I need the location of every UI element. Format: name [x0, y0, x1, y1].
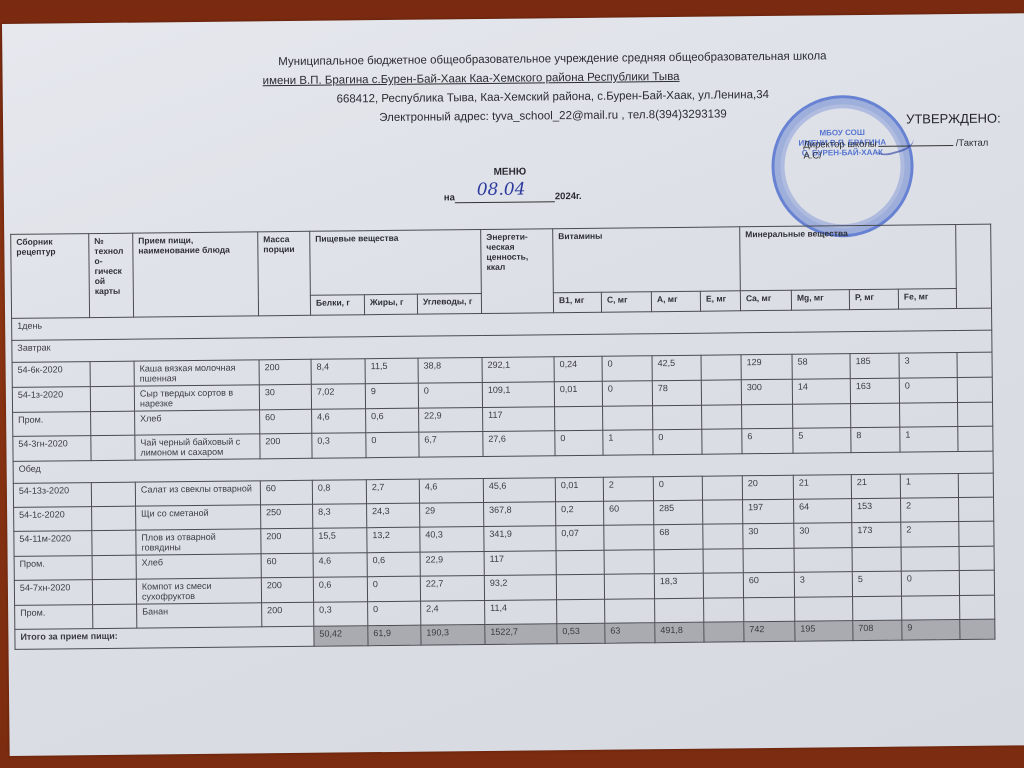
cell-a — [655, 598, 704, 623]
total-extra — [960, 619, 995, 639]
cell-c — [604, 525, 654, 551]
cell-proteins: 4,6 — [313, 553, 367, 578]
cell-proteins: 0,8 — [312, 480, 366, 505]
cell-code: 54-6к-2020 — [12, 362, 90, 388]
col-meal: Прием пищи, наименование блюда — [133, 232, 259, 317]
cell-carbs: 29 — [420, 502, 484, 527]
col-tech-card: № технол о- гическ ой карты — [89, 233, 134, 317]
cell-fats: 0,6 — [366, 408, 419, 433]
cell-ca: 30 — [743, 523, 794, 549]
cell-mass: 200 — [260, 433, 312, 459]
cell-carbs: 4,6 — [419, 478, 483, 503]
menu-table-body: 1день Завтрак54-6к-2020Каша вязкая молоч… — [12, 308, 995, 649]
cell-fe: 2 — [901, 498, 959, 523]
cell-p — [851, 403, 900, 428]
cell-e — [703, 500, 743, 524]
cell-card — [92, 555, 136, 579]
cell-extra — [959, 570, 994, 595]
cell-dish: Банан — [137, 603, 262, 628]
date-line: 08.04 — [455, 189, 555, 203]
cell-mass: 200 — [259, 359, 311, 385]
cell-code: 54-1з-2020 — [12, 387, 90, 413]
school-stamp: МБОУ СОШ ИМЕНИ В.П. БРАГИНА С. БУРЕН-БАЙ… — [771, 94, 914, 237]
cell-p: 163 — [850, 378, 899, 404]
cell-c — [603, 406, 653, 431]
cell-fe — [900, 403, 958, 428]
cell-a — [653, 405, 702, 430]
col-mass: Масса порции — [258, 231, 311, 316]
cell-mg — [793, 404, 851, 429]
total-b1: 0,53 — [557, 623, 605, 644]
cell-mg: 64 — [794, 499, 852, 524]
cell-card — [92, 530, 136, 555]
cell-code: 54-11м-2020 — [14, 531, 92, 557]
cell-p: 8 — [851, 427, 900, 453]
cell-card — [91, 482, 135, 506]
cell-ca: 129 — [741, 354, 792, 380]
cell-a: 18,3 — [654, 573, 703, 599]
cell-ca: 20 — [742, 475, 793, 500]
cell-code: 54-13з-2020 — [13, 483, 91, 508]
cell-fe: 2 — [901, 522, 959, 548]
cell-fats: 2,7 — [366, 479, 419, 504]
cell-e — [702, 429, 742, 454]
cell-b1 — [556, 550, 604, 575]
total-fe: 9 — [902, 620, 960, 641]
cell-code: Пром. — [15, 605, 93, 630]
cell-mg: 3 — [794, 572, 852, 598]
cell-e — [704, 598, 744, 622]
col-e: Е, мг — [700, 291, 740, 311]
cell-code: Пром. — [13, 412, 91, 437]
col-vitamins: Витамины — [553, 227, 741, 293]
cell-fe — [902, 596, 960, 621]
date-prefix: на — [444, 192, 455, 203]
cell-energy: 117 — [483, 407, 555, 432]
cell-fats: 0 — [367, 576, 420, 602]
cell-card — [93, 604, 137, 628]
cell-dish: Компот из смеси сухофруктов — [136, 578, 261, 604]
cell-mass: 200 — [262, 602, 314, 627]
cell-dish: Чай черный байховый с лимоном и сахаром — [135, 434, 260, 460]
col-extra — [956, 224, 992, 308]
cell-a: 68 — [654, 524, 703, 550]
cell-code: 54-7хн-2020 — [14, 580, 92, 606]
cell-card — [90, 361, 134, 386]
total-carbs: 190,3 — [421, 624, 485, 645]
cell-dish: Хлеб — [135, 410, 260, 435]
cell-b1 — [557, 599, 605, 624]
cell-carbs: 38,8 — [418, 357, 482, 383]
cell-mass: 200 — [261, 577, 313, 603]
cell-proteins: 4,6 — [312, 409, 366, 434]
cell-c: 60 — [604, 501, 654, 526]
cell-card — [91, 435, 135, 460]
col-energy: Энергети- ческая ценность, ккал — [481, 229, 554, 314]
menu-date: на08.042024г. — [444, 189, 582, 203]
cell-extra — [960, 595, 995, 619]
col-ca: Ca, мг — [740, 290, 791, 311]
cell-fe: 0 — [899, 378, 957, 404]
menu-table: Сборник рецептур № технол о- гическ ой к… — [10, 224, 995, 650]
cell-mg: 14 — [792, 379, 850, 405]
cell-mg: 21 — [793, 475, 851, 500]
cell-dish: Салат из свеклы отварной — [135, 481, 260, 506]
total-mg: 195 — [795, 621, 853, 642]
cell-extra — [958, 402, 993, 426]
menu-title: МЕНЮ — [494, 167, 527, 178]
total-proteins: 50,42 — [314, 626, 368, 647]
cell-extra — [958, 473, 993, 497]
col-fats: Жиры, г — [364, 294, 417, 315]
cell-ca — [743, 548, 794, 573]
cell-e — [703, 573, 743, 598]
cell-p: 21 — [851, 474, 900, 499]
cell-energy: 117 — [484, 551, 556, 576]
cell-c: 0 — [602, 381, 652, 407]
cell-carbs: 22,9 — [419, 407, 483, 432]
cell-mass: 250 — [261, 504, 313, 529]
total-energy: 1522,7 — [485, 624, 557, 645]
cell-fe: 1 — [900, 474, 958, 499]
col-carbs: Углеводы, г — [417, 293, 481, 314]
cell-energy: 341,9 — [484, 526, 556, 552]
approved-title: УТВЕРЖДЕНО: — [906, 111, 1001, 127]
cell-proteins: 8,3 — [313, 504, 367, 529]
cell-ca: 300 — [741, 379, 792, 405]
cell-ca: 60 — [743, 572, 794, 598]
cell-e — [701, 355, 741, 380]
cell-proteins: 15,5 — [313, 528, 367, 554]
cell-proteins: 0,6 — [313, 577, 367, 603]
cell-mass: 60 — [260, 409, 312, 434]
cell-ca — [742, 404, 793, 429]
col-a: А, мг — [651, 291, 700, 312]
cell-e — [701, 380, 741, 405]
cell-extra — [959, 546, 994, 570]
cell-energy: 367,8 — [484, 502, 556, 527]
cell-carbs: 0 — [418, 382, 482, 408]
cell-p: 173 — [852, 522, 901, 548]
cell-p: 185 — [850, 353, 899, 379]
total-label: Итого за прием пищи: — [15, 626, 314, 649]
col-minerals: Минеральные вещества — [740, 225, 957, 291]
cell-carbs: 22,9 — [420, 551, 484, 576]
cell-carbs: 6,7 — [419, 431, 483, 457]
cell-energy: 27,6 — [483, 431, 555, 457]
cell-p: 5 — [852, 571, 901, 597]
cell-energy: 45,6 — [483, 478, 555, 503]
total-p: 708 — [853, 620, 902, 641]
total-fats: 61,9 — [368, 625, 421, 646]
cell-extra — [957, 377, 992, 402]
cell-mg: 30 — [794, 523, 852, 549]
cell-dish: Сыр твердых сортов в нарезке — [134, 385, 259, 411]
cell-code: Пром. — [14, 556, 92, 581]
cell-b1: 0,01 — [554, 381, 602, 407]
cell-dish: Хлеб — [136, 554, 261, 579]
document-page: Муниципальное бюджетное общеобразователь… — [2, 13, 1024, 756]
cell-dish: Каша вязкая молочная пшенная — [134, 360, 259, 386]
cell-extra — [959, 497, 994, 521]
cell-mass: 200 — [261, 528, 313, 554]
col-mg: Mg, мг — [791, 290, 849, 311]
date-suffix: 2024г. — [555, 191, 582, 202]
cell-b1 — [556, 574, 604, 600]
cell-energy: 292,1 — [482, 357, 554, 383]
cell-fe: 0 — [901, 571, 959, 597]
col-b1: В1, мг — [553, 292, 601, 313]
cell-a: 78 — [652, 380, 701, 406]
cell-mass: 60 — [260, 480, 312, 505]
cell-extra — [959, 521, 994, 546]
cell-p — [852, 547, 901, 572]
cell-code: 54-1с-2020 — [14, 507, 92, 532]
cell-ca: 6 — [742, 428, 793, 454]
cell-mass: 60 — [261, 553, 313, 578]
cell-b1: 0 — [555, 430, 603, 456]
cell-e — [703, 524, 743, 549]
cell-a: 42,5 — [652, 355, 701, 381]
cell-fe: 3 — [899, 353, 957, 379]
cell-mg: 5 — [793, 428, 851, 454]
col-p: P, мг — [849, 289, 898, 310]
cell-proteins: 0,3 — [314, 602, 368, 627]
cell-c — [605, 599, 655, 624]
cell-b1: 0,2 — [556, 501, 604, 526]
cell-c — [604, 574, 654, 600]
cell-mg — [795, 597, 853, 622]
director-label: Директор школы — [803, 139, 876, 151]
cell-mg — [794, 548, 852, 573]
cell-ca — [744, 597, 795, 622]
cell-b1: 0,24 — [554, 356, 602, 382]
cell-card — [90, 386, 134, 411]
cell-a: 285 — [654, 500, 703, 525]
cell-extra — [958, 426, 993, 451]
total-ca: 742 — [744, 621, 795, 642]
cell-fe — [901, 547, 959, 572]
cell-fats: 24,3 — [367, 503, 420, 528]
cell-energy: 109,1 — [482, 382, 554, 408]
cell-ca: 197 — [743, 499, 794, 524]
cell-fats: 13,2 — [367, 527, 420, 553]
cell-carbs: 40,3 — [420, 526, 484, 552]
cell-extra — [957, 352, 992, 377]
total-c: 63 — [605, 623, 655, 644]
cell-p — [853, 596, 902, 621]
cell-fats: 0 — [368, 601, 421, 626]
cell-e — [702, 476, 742, 500]
cell-fe: 1 — [900, 427, 958, 453]
cell-card — [92, 506, 136, 530]
cell-e — [703, 549, 743, 573]
cell-carbs: 22,7 — [420, 575, 484, 601]
cell-proteins: 0,3 — [312, 433, 366, 459]
cell-fats: 0 — [366, 432, 419, 458]
cell-b1: 0,07 — [556, 525, 604, 551]
cell-a: 0 — [653, 476, 702, 501]
cell-card — [91, 411, 135, 435]
cell-e — [702, 405, 742, 429]
cell-p: 153 — [852, 498, 901, 523]
cell-proteins: 8,4 — [311, 359, 365, 385]
total-a: 491,8 — [655, 622, 704, 643]
cell-fats: 9 — [365, 383, 418, 409]
cell-dish: Щи со сметаной — [136, 505, 261, 530]
cell-code: 54-3гн-2020 — [13, 436, 91, 462]
col-collection: Сборник рецептур — [11, 234, 90, 319]
col-nutrients: Пищевые вещества — [310, 229, 482, 295]
handwritten-date: 08.04 — [477, 180, 526, 201]
cell-fats: 0,6 — [367, 552, 420, 577]
cell-c: 0 — [602, 356, 652, 382]
cell-c: 1 — [603, 430, 653, 456]
col-proteins: Белки, г — [310, 295, 364, 316]
cell-energy: 93,2 — [484, 575, 556, 601]
cell-carbs: 2,4 — [421, 600, 485, 625]
cell-mg: 58 — [792, 354, 850, 380]
school-header: Муниципальное бюджетное общеобразователь… — [242, 47, 863, 129]
cell-b1 — [555, 406, 603, 431]
cell-b1: 0,01 — [555, 477, 603, 502]
cell-fats: 11,5 — [365, 358, 418, 384]
cell-c — [604, 550, 654, 575]
cell-c: 2 — [603, 477, 653, 502]
cell-energy: 11,4 — [485, 600, 557, 625]
col-fe: Fe, мг — [898, 289, 956, 310]
cell-dish: Плов из отварной говядины — [136, 529, 261, 555]
col-c: С, мг — [601, 292, 651, 313]
cell-mass: 30 — [259, 384, 311, 410]
total-e — [704, 622, 744, 642]
cell-card — [92, 579, 136, 604]
cell-a: 0 — [653, 429, 702, 455]
cell-proteins: 7,02 — [311, 384, 365, 410]
cell-a — [654, 549, 703, 574]
